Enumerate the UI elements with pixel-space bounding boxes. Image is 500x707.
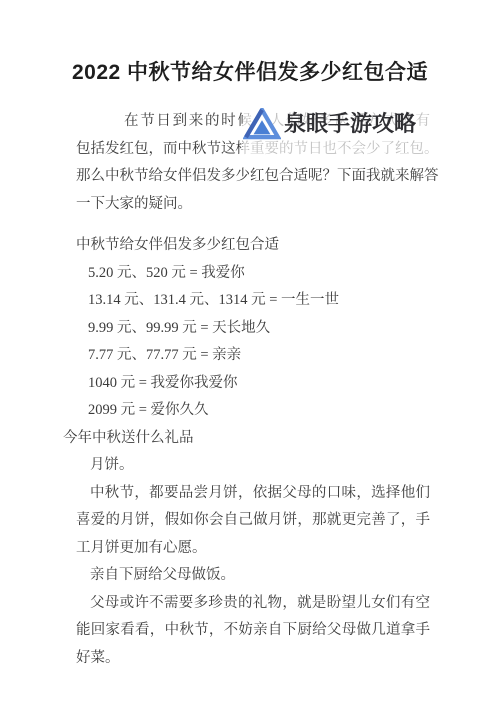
intro-line-3: 那么中秋节给女伴侣发多少红包合适呢？下面我就来解答	[76, 163, 430, 191]
intro-line-4: 一下大家的疑问。	[76, 191, 430, 219]
page-title: 2022 中秋节给女伴侣发多少红包合适	[0, 0, 500, 88]
watermark: 泉眼手游攻略	[243, 102, 433, 160]
document-page: 2022 中秋节给女伴侣发多少红包合适 在节日到来的时候，人们好多庆祝方式就有 …	[0, 0, 500, 707]
document-body: 在节日到来的时候，人们好多庆祝方式就有 包括发红包，而中秋节这样重要的节日也不会…	[0, 88, 500, 672]
red-packet-amount-line: 2099 元 = 爱你久久	[76, 397, 430, 425]
watermark-text: 泉眼手游攻略	[284, 108, 416, 140]
paragraph-cook-short: 亲自下厨给父母做饭。	[76, 562, 430, 590]
nested-triangle-logo-icon	[243, 108, 281, 140]
red-packet-amount-line: 9.99 元、99.99 元 = 天长地久	[76, 315, 430, 343]
section-heading-red-packet: 中秋节给女伴侣发多少红包合适	[76, 232, 430, 260]
red-packet-amount-line: 13.14 元、131.4 元、1314 元 = 一生一世	[76, 287, 430, 315]
paragraph-mooncake: 中秋节，都要品尝月饼，依据父母的口味，选择他们喜爱的月饼，假如你会自己做月饼，那…	[76, 480, 430, 563]
section-heading-gifts: 今年中秋送什么礼品	[63, 425, 430, 453]
red-packet-amount-line: 1040 元 = 我爱你我爱你	[76, 370, 430, 398]
red-packet-amount-line: 7.77 元、77.77 元 = 亲亲	[76, 342, 430, 370]
red-packet-amount-line: 5.20 元、520 元 = 我爱你	[76, 260, 430, 288]
watermark-row: 泉眼手游攻略	[243, 106, 416, 142]
paragraph-parents: 父母或许不需要多珍贵的礼物，就是盼望儿女们有空能回家看看，中秋节，不妨亲自下厨给…	[76, 590, 430, 673]
paragraph-mooncake-short: 月饼。	[76, 452, 430, 480]
